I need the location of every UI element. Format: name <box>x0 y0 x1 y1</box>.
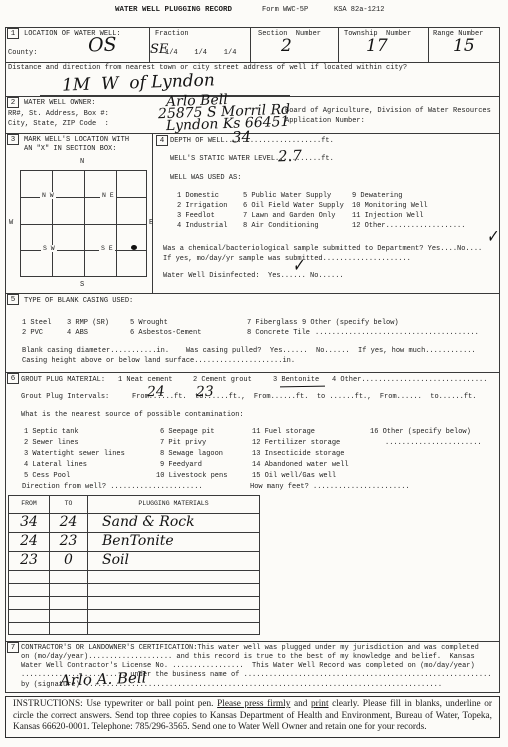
well-location-mark <box>131 245 137 250</box>
material-value: BenTonite <box>87 533 259 551</box>
grout-intervals-label: Grout Plug Intervals: <box>21 393 109 401</box>
to-value <box>49 584 87 596</box>
section5-number: 5 <box>7 294 19 305</box>
form-title: WATER WELL PLUGGING RECORD <box>115 6 232 15</box>
from-value <box>9 571 49 583</box>
grid-line <box>21 224 146 225</box>
fraction-quarters: 1/4 1/4 1/4 <box>165 49 236 57</box>
depth-of-well-value: 34 <box>232 130 252 146</box>
use-option: 4 Industrial <box>177 222 227 230</box>
contamination-option: 2 Sewer lines <box>24 439 79 447</box>
casing-option: 8 Concrete Tile <box>247 329 310 337</box>
owner-label: WATER WELL OWNER: <box>24 99 95 107</box>
water-well-plugging-record-form: WATER WELL PLUGGING RECORD Form WWC-5P K… <box>0 0 508 747</box>
contamination-option: 4 Lateral lines <box>24 461 87 469</box>
contamination-option: 7 Pit privy <box>160 439 206 447</box>
signature-value: Arlo A. Bell <box>60 670 147 688</box>
compass-west-label: W <box>9 219 13 227</box>
from-value: 23 <box>9 552 49 570</box>
from-value <box>9 584 49 596</box>
casing-diameter-line: Blank casing diameter...........in. Was … <box>22 347 476 355</box>
certification-line3: Water Well Contractor's License No. ....… <box>21 662 475 670</box>
casing-option: 1 Steel <box>22 319 51 327</box>
from-value <box>9 623 49 635</box>
county-label: County: <box>8 49 37 57</box>
contamination-option: 12 Fertilizer storage <box>252 439 340 447</box>
disinfected-line: Water Well Disinfected: Yes...... No....… <box>163 272 344 280</box>
casing-option: 5 Wrought <box>130 319 168 327</box>
to-value <box>49 597 87 609</box>
use-option: 2 Irrigation <box>177 202 227 210</box>
material-value <box>87 584 259 596</box>
use-option: 7 Lawn and Garden Only <box>243 212 335 220</box>
compass-southwest-label: S W <box>41 245 57 252</box>
section5-heading: TYPE OF BLANK CASING USED: <box>24 297 133 305</box>
divider <box>338 27 339 62</box>
instructions-underline2: print <box>311 699 329 709</box>
address-label: RR#, St. Address, Box #: <box>8 110 109 118</box>
casing-option: 4 ABS <box>67 329 88 337</box>
contamination-option: 5 Cess Pool <box>24 472 70 480</box>
to-value <box>49 610 87 622</box>
contamination-option: 15 Oil well/Gas well <box>252 472 336 480</box>
grid-line <box>21 250 146 251</box>
casing-option: 6 Asbestos-Cement <box>130 329 201 337</box>
section3-heading-line2: AN "X" IN SECTION BOX: <box>24 145 116 153</box>
use-option: 12 Other................... <box>352 222 465 230</box>
section2-number: 2 <box>7 97 19 108</box>
from-value: 24 <box>9 533 49 551</box>
agency-label: Board of Agriculture, Division of Water … <box>285 107 491 115</box>
use-option: 1 Domestic <box>177 192 219 200</box>
contamination-option: 11 Fuel storage <box>252 428 315 436</box>
casing-option: 7 Fiberglass <box>247 319 297 327</box>
to-value: 23 <box>49 533 87 551</box>
contamination-option: 6 Seepage pit <box>160 428 215 436</box>
sample-submitted-line: Was a chemical/bacteriological sample su… <box>163 245 482 253</box>
static-water-level-line: WELL'S STATIC WATER LEVEL...........ft. <box>170 155 334 163</box>
use-option: 11 Injection Well <box>352 212 423 220</box>
casing-option: 9 Other (specify below) <box>302 319 399 327</box>
sample-date-line: If yes, mo/day/yr sample was submitted..… <box>163 255 411 263</box>
well-used-as-heading: WELL WAS USED AS: <box>170 174 241 182</box>
divider <box>152 133 153 293</box>
use-option: 6 Oil Field Water Supply <box>243 202 344 210</box>
material-value: Sand & Rock <box>87 514 259 532</box>
section6-number: 6 <box>7 373 19 384</box>
to-value <box>49 623 87 635</box>
contamination-option: 9 Feedyard <box>160 461 202 469</box>
material-value <box>87 571 259 583</box>
city-state-zip-label: City, State, ZIP Code : <box>8 120 109 128</box>
form-number: Form WWC-5P <box>262 6 308 14</box>
from-value <box>9 610 49 622</box>
section1-number: 1 <box>7 28 19 39</box>
to-value: 24 <box>49 514 87 532</box>
table-row-empty <box>9 609 259 622</box>
direction-from-well-label: Direction from well? ...................… <box>22 483 203 491</box>
casing-option: 3 RMP (SR) <box>67 319 109 327</box>
table-header-row: FROM TO PLUGGING MATERIALS <box>9 496 259 513</box>
contamination-option: 3 Watertight sewer lines <box>24 450 125 458</box>
use-option: 10 Monitoring Well <box>352 202 428 210</box>
use-option: 5 Public Water Supply <box>243 192 331 200</box>
instructions-text-part2: and <box>290 699 311 709</box>
compass-northeast-label: N E <box>100 192 116 199</box>
contamination-other-blank: ....................... <box>385 439 482 447</box>
material-value: Soil <box>87 552 259 570</box>
use-option: 8 Air Conditioning <box>243 222 319 230</box>
table-row-empty <box>9 622 259 635</box>
contamination-heading: What is the nearest source of possible c… <box>21 411 244 419</box>
material-value <box>87 597 259 609</box>
grout-interval-to-value: 23 <box>196 385 214 400</box>
range-number-value: 15 <box>453 38 475 55</box>
plugging-materials-table: FROM TO PLUGGING MATERIALS 34 24 Sand & … <box>8 495 260 635</box>
city-state-zip-value: Lyndon Ks 66451 <box>166 115 290 133</box>
casing-option: 2 PVC <box>22 329 43 337</box>
use-option: 3 Feedlot <box>177 212 215 220</box>
contamination-option: 13 Insecticide storage <box>252 450 344 458</box>
section3-heading-line1: MARK WELL'S LOCATION WITH <box>24 136 129 144</box>
table-row-empty <box>9 570 259 583</box>
grout-intervals-line: From......ft. to......ft., From......ft.… <box>132 393 476 401</box>
compass-east-label: E <box>149 219 153 227</box>
to-value: 0 <box>49 552 87 570</box>
certification-line2: on (mo/day/year).................... and… <box>21 653 475 661</box>
grout-interval-from-value: 24 <box>147 385 165 400</box>
section7-number: 7 <box>7 642 19 653</box>
compass-south-label: S <box>80 281 84 289</box>
divider <box>250 27 251 62</box>
to-column-header: TO <box>49 496 87 513</box>
fraction-label: Fraction <box>155 30 189 38</box>
contamination-option: 10 Livestock pens <box>156 472 227 480</box>
table-row-empty <box>9 596 259 609</box>
static-water-level-value: 2.7 <box>278 149 302 165</box>
grout-material-option: 2 Cement grout <box>193 376 252 384</box>
from-column-header: FROM <box>9 496 49 513</box>
table-row: 34 24 Sand & Rock <box>9 513 259 532</box>
grout-material-option-selected: 3 Bentonite <box>273 376 319 384</box>
township-number-value: 17 <box>366 38 388 55</box>
county-value: OS <box>88 36 117 56</box>
contamination-option: 8 Sewage lagoon <box>160 450 223 458</box>
table-row: 23 0 Soil <box>9 551 259 570</box>
how-many-feet-label: How many feet? ....................... <box>250 483 410 491</box>
divider <box>428 27 429 62</box>
contamination-option: 1 Septic tank <box>24 428 79 436</box>
depth-of-well-line: DEPTH OF WELL.......................ft. <box>170 137 334 145</box>
table-row: 24 23 BenTonite <box>9 532 259 551</box>
section4-number: 4 <box>156 135 168 146</box>
compass-southeast-label: S E <box>99 245 115 252</box>
section-box-grid <box>20 170 147 277</box>
from-value <box>9 597 49 609</box>
use-option: 9 Dewatering <box>352 192 402 200</box>
table-row-empty <box>9 583 259 596</box>
contamination-option: 14 Abandoned water well <box>252 461 349 469</box>
instructions-text-part1: INSTRUCTIONS: Use typewriter or ball poi… <box>13 699 217 709</box>
material-value <box>87 623 259 635</box>
instructions-underline1: Please press firmly <box>217 699 290 709</box>
certification-line1: CONTRACTOR'S OR LANDOWNER'S CERTIFICATIO… <box>21 644 479 652</box>
casing-other-blank: ....................................... <box>315 329 479 337</box>
material-value <box>87 610 259 622</box>
application-number-label: Application Number: <box>285 117 365 125</box>
to-value <box>49 571 87 583</box>
section3-number: 3 <box>7 134 19 145</box>
section6-heading: GROUT PLUG MATERIAL: <box>21 376 105 384</box>
compass-north-label: N <box>80 158 84 166</box>
from-value: 34 <box>9 514 49 532</box>
casing-height-line: Casing height above or below land surfac… <box>22 357 295 365</box>
grout-material-option: 4 Other.............................. <box>332 376 487 384</box>
compass-northwest-label: N W <box>40 192 56 199</box>
section-number-value: 2 <box>281 38 292 55</box>
instructions-box: INSTRUCTIONS: Use typewriter or ball poi… <box>5 696 500 738</box>
statute-reference: KSA 82a-1212 <box>334 6 384 14</box>
contamination-option-other: 16 Other (specify below) <box>370 428 471 436</box>
materials-column-header: PLUGGING MATERIALS <box>87 496 259 513</box>
